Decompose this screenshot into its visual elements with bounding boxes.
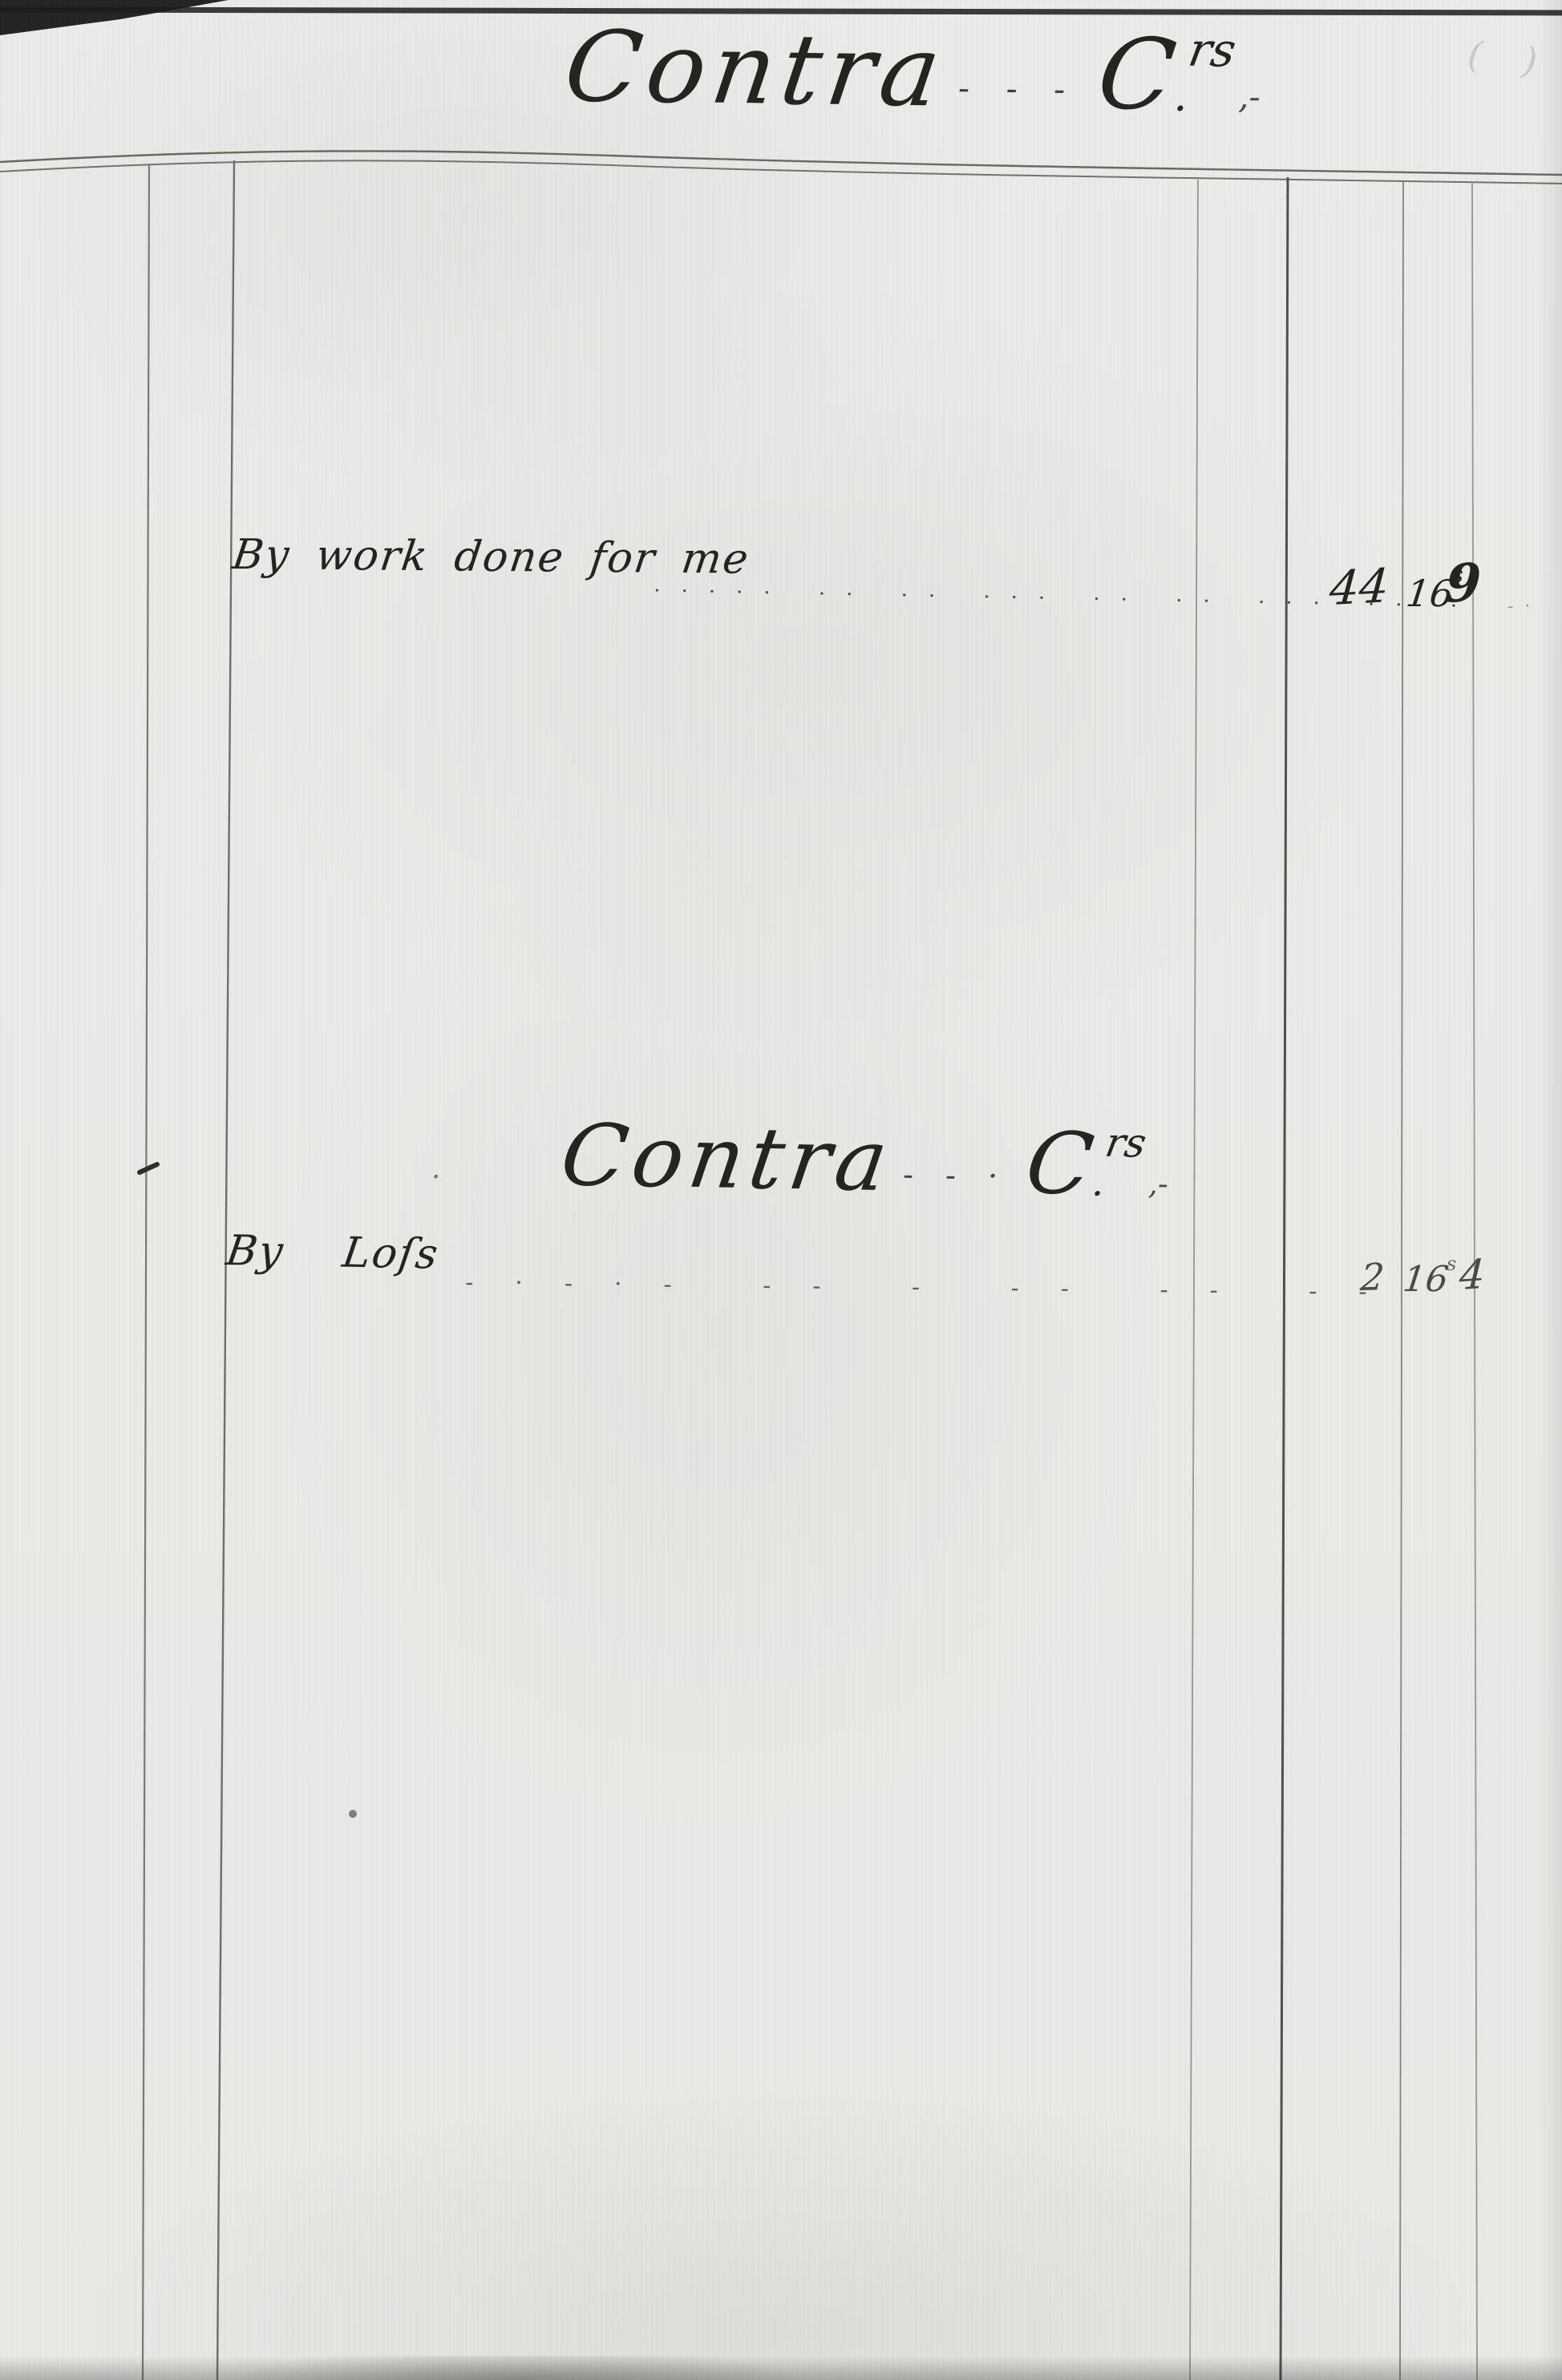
entry-2-description-text: By Loſs <box>223 1227 442 1278</box>
heading-tail-dash: ,- <box>1235 80 1261 125</box>
entry-2-description: By Loſs <box>226 1227 439 1279</box>
mid-heading-abbr-c: C <box>1021 1121 1098 1207</box>
heading-abbr-c: C <box>1092 25 1180 123</box>
entry-2-pounds-value: 2 <box>1359 1255 1386 1299</box>
entry-2-shillings-superscript: s <box>1447 1253 1456 1275</box>
entry-1-pence: 9 <box>1443 552 1483 615</box>
pre-heading-dot: · <box>431 1161 440 1194</box>
heading-abbr-dot: . <box>1173 75 1188 124</box>
scanned-ledger-page: Contra - - - C . rs ,- ( ) By work done … <box>0 0 1562 2380</box>
heading-dashes: - - - <box>945 71 1078 123</box>
column-line-left-outer <box>143 164 149 2380</box>
mid-heading-dashes: - - · <box>892 1159 1010 1206</box>
mid-heading-contra-cr: Contra - - · C . rs ,- <box>561 1113 1169 1208</box>
page-heading-contra-cr: Contra - - - C . rs ,- <box>565 18 1261 125</box>
mid-heading-abbr-dot: . <box>1091 1164 1104 1208</box>
page-bottom-edge-shadow <box>0 2356 1562 2380</box>
top-left-corner-shadow <box>0 0 229 35</box>
entry-1-trailing-dashes: -· <box>1507 597 1541 617</box>
entry-1-pounds-value: 44 <box>1328 558 1390 616</box>
page-right-edge-shadow <box>1538 0 1562 2380</box>
heading-word: Contra <box>560 18 953 120</box>
entry-2-pounds: 2 <box>1360 1255 1385 1299</box>
entry-1-pence-value: 9 <box>1444 552 1482 615</box>
mid-heading-word: Contra <box>556 1113 897 1204</box>
entry-1-pounds: 44 <box>1328 558 1390 616</box>
entry-2-pence: 4 <box>1458 1251 1487 1299</box>
margin-tick-mark <box>140 1164 157 1172</box>
entry-1-description-text: By work done for me <box>229 531 752 584</box>
heading-superscript: rs <box>1185 26 1239 74</box>
entry-1-description: By work done for me <box>233 531 750 584</box>
mid-heading-superscript: rs <box>1103 1123 1149 1164</box>
entry-2-shillings-value: 16 <box>1401 1259 1451 1300</box>
entry-2-pence-value: 4 <box>1458 1251 1486 1300</box>
entry-2-shillings: 16s <box>1403 1253 1456 1300</box>
ink-speck <box>349 1810 357 1818</box>
mid-heading-tail-dash: ,- <box>1144 1168 1168 1208</box>
